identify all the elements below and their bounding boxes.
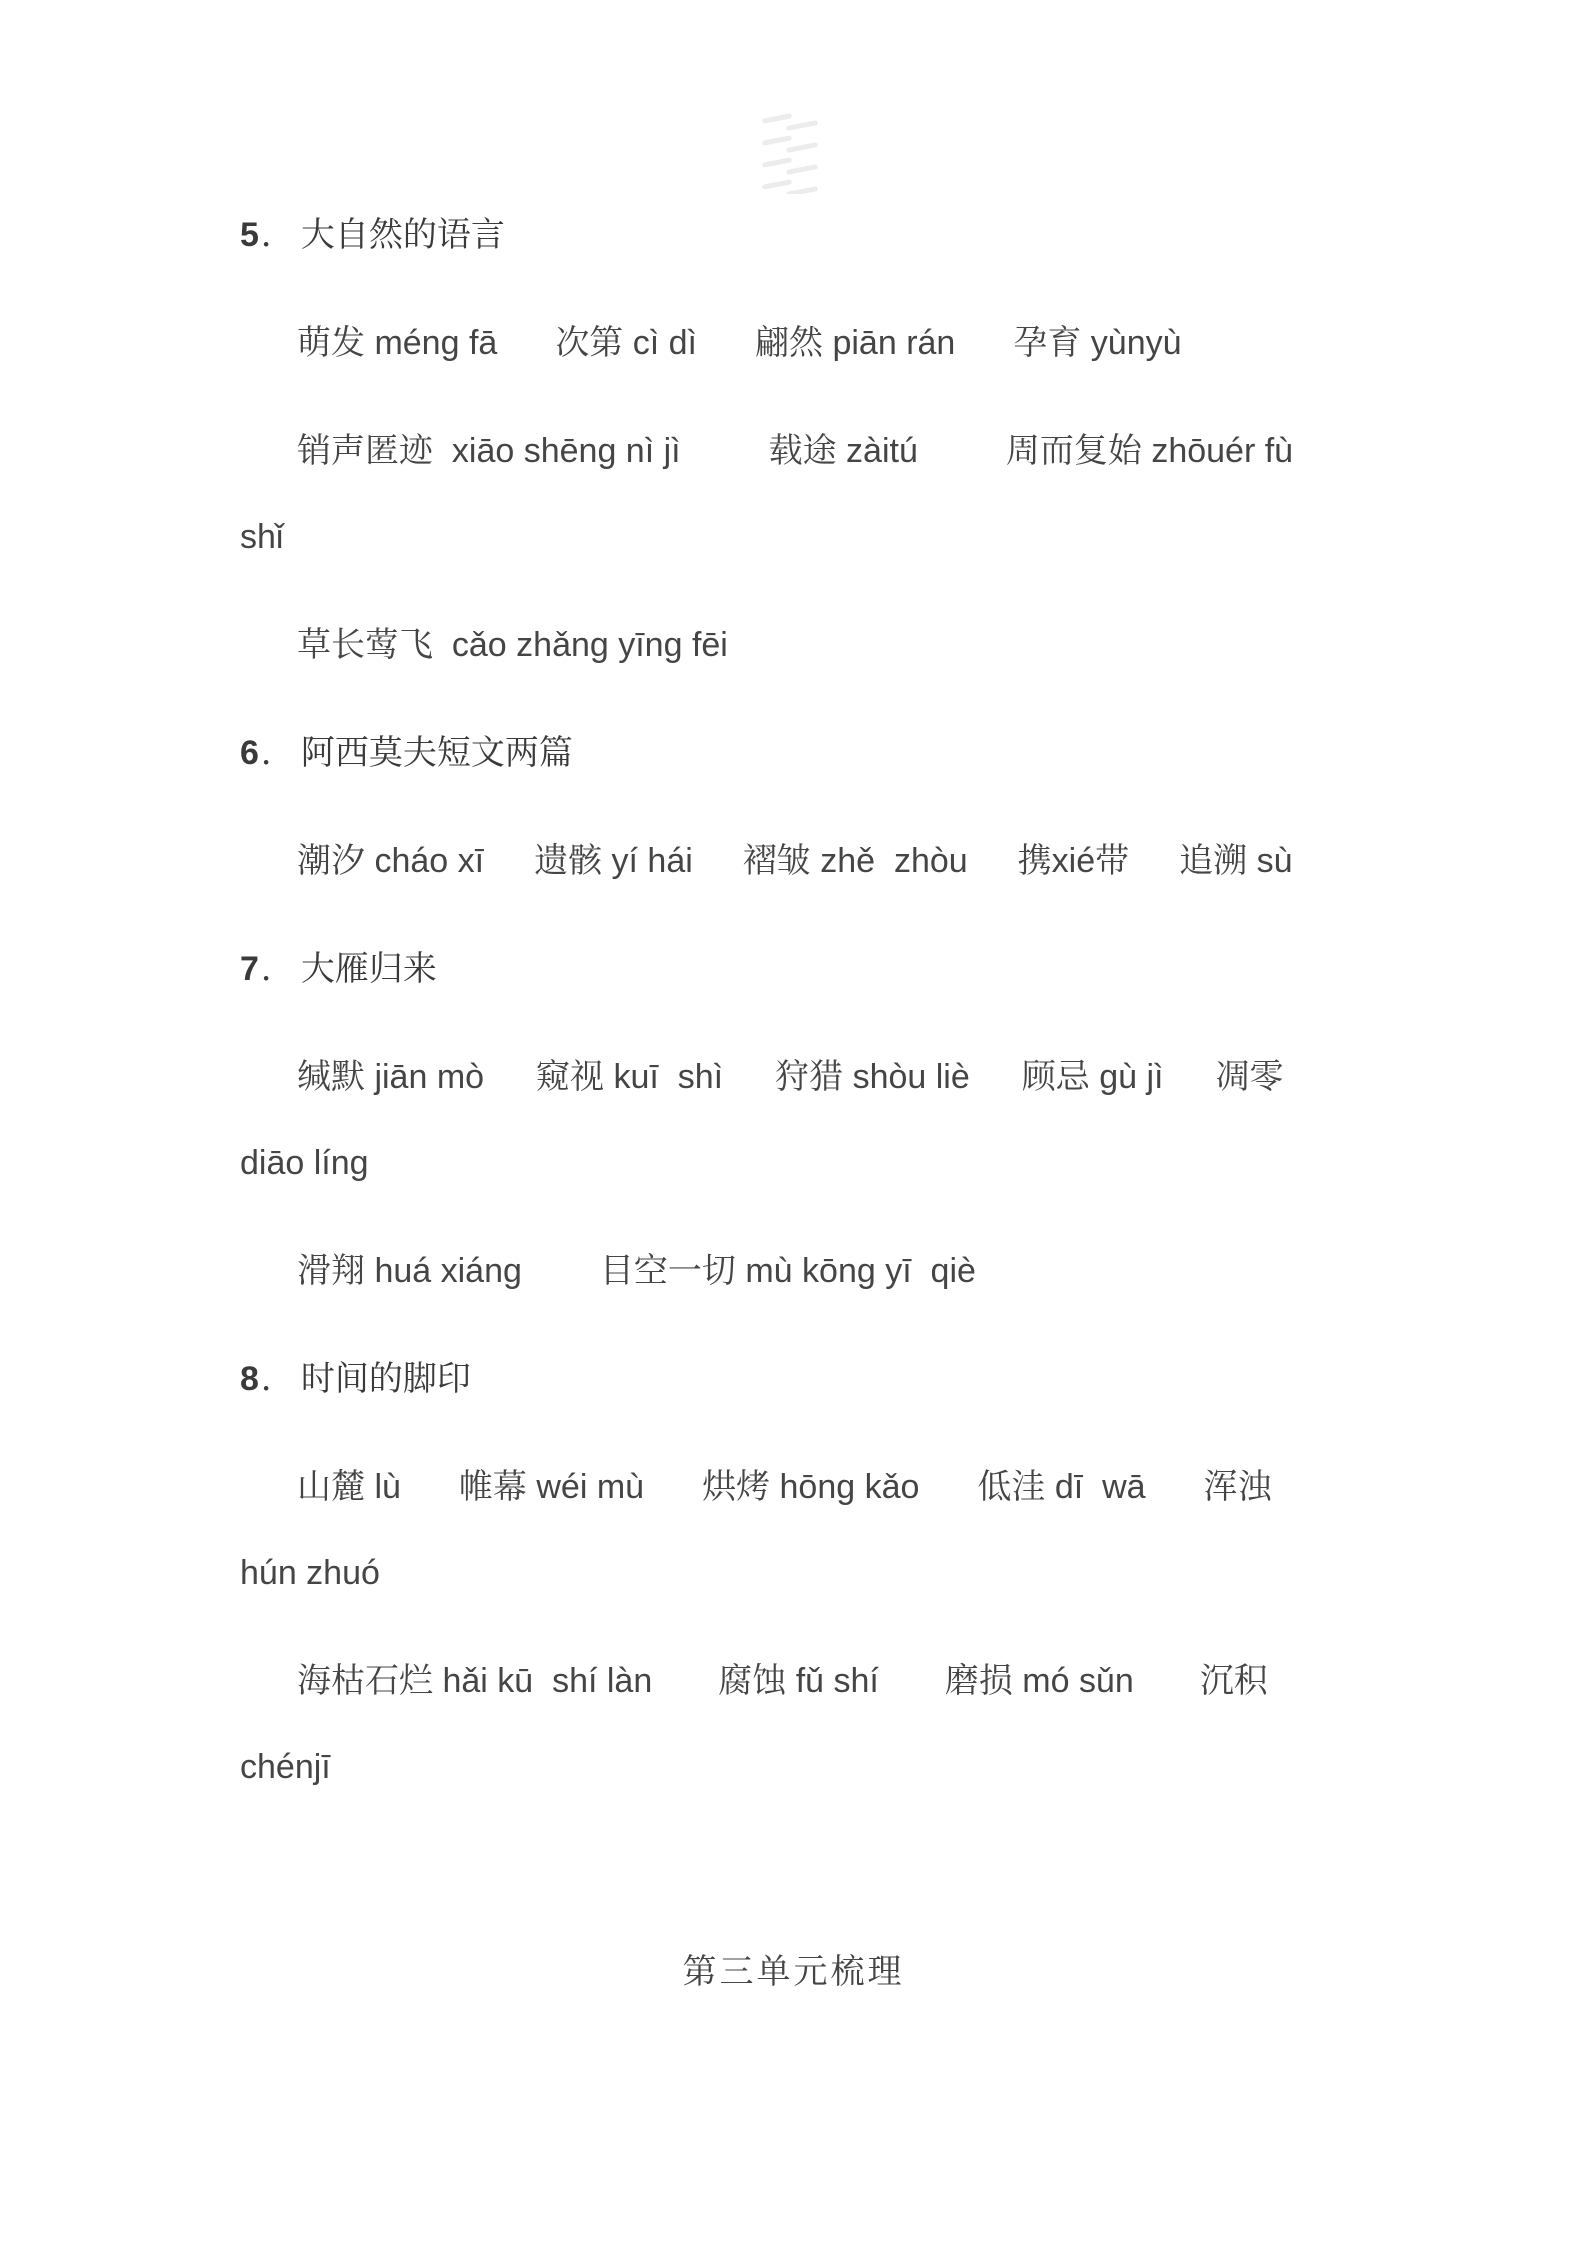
lesson-number: 5 xyxy=(240,216,259,254)
vocab-term: 狩猎 shòu liè xyxy=(775,1058,970,1096)
vocab-term: 烘烤 hōng kǎo xyxy=(702,1468,919,1506)
vocab-term: 腐蚀 fǔ shí xyxy=(718,1662,879,1700)
lesson-number: 8 xyxy=(240,1360,259,1398)
vocab-term: 携xié带 xyxy=(1018,842,1129,880)
vocab-line: shǐ xyxy=(240,494,1345,580)
vocab-term: 低洼 dī wā xyxy=(977,1468,1145,1506)
lesson-title: 阿西莫夫短文两篇 xyxy=(301,734,573,772)
vocab-term: 沉积 xyxy=(1200,1662,1268,1700)
vocab-term: 浑浊 xyxy=(1204,1468,1272,1506)
vocab-term: 凋零 xyxy=(1215,1058,1283,1096)
lesson-title: 时间的脚印 xyxy=(301,1360,471,1398)
lesson-title: 大自然的语言 xyxy=(301,216,505,254)
lesson-heading: 5．大自然的语言 xyxy=(240,192,1345,278)
vocab-term: 草长莺飞 cǎo zhǎng yīng fēi xyxy=(297,626,728,664)
vocab-line: 海枯石烂 hǎi kū shí làn腐蚀 fǔ shí磨损 mó sǔn沉积 xyxy=(240,1638,1345,1724)
vocab-line: 潮汐 cháo xī遗骸 yí hái褶皱 zhě zhòu携xié带追溯 sù xyxy=(240,818,1345,904)
unit-heading: 第三单元梳理 xyxy=(0,1929,1587,2015)
vocab-term: 追溯 sù xyxy=(1179,842,1292,880)
vocab-line: 滑翔 huá xiáng目空一切 mù kōng yī qiè xyxy=(240,1228,1345,1314)
vocab-term: diāo líng xyxy=(240,1144,369,1182)
lesson-title: 大雁归来 xyxy=(301,950,437,988)
vocab-term: 褶皱 zhě zhòu xyxy=(743,842,968,880)
lesson-number: 7 xyxy=(240,950,259,988)
heading-separator: ． xyxy=(259,1360,301,1398)
lesson-heading: 7．大雁归来 xyxy=(240,926,1345,1012)
lesson-number: 6 xyxy=(240,734,259,772)
vocab-term: 滑翔 huá xiáng xyxy=(297,1252,522,1290)
vocab-line: hún zhuó xyxy=(240,1530,1345,1616)
vocab-term: 目空一切 mù kōng yī qiè xyxy=(600,1252,976,1290)
vocab-term: hún zhuó xyxy=(240,1554,380,1592)
vocab-term: 海枯石烂 hǎi kū shí làn xyxy=(297,1662,652,1700)
vocab-term: chénjī xyxy=(240,1748,331,1786)
lesson-heading: 6．阿西莫夫短文两篇 xyxy=(240,710,1345,796)
vocab-term: 潮汐 cháo xī xyxy=(297,842,484,880)
vocab-term: shǐ xyxy=(240,518,283,556)
heading-separator: ． xyxy=(259,734,301,772)
vocab-line: diāo líng xyxy=(240,1120,1345,1206)
vocab-term: 周而复始 zhōuér fù xyxy=(1006,432,1293,470)
vocab-term: 山麓 lù xyxy=(297,1468,401,1506)
vocab-term: 次第 cì dì xyxy=(555,324,697,362)
vocab-term: 缄默 jiān mò xyxy=(297,1058,484,1096)
vocab-term: 帷幕 wéi mù xyxy=(459,1468,644,1506)
vocab-line: 萌发 méng fā次第 cì dì翩然 piān rán孕育 yùnyù xyxy=(240,300,1345,386)
vocab-term: 遗骸 yí hái xyxy=(534,842,693,880)
vocab-line: 销声匿迹 xiāo shēng nì jì载途 zàitú周而复始 zhōuér… xyxy=(240,408,1345,494)
vocab-line: 草长莺飞 cǎo zhǎng yīng fēi xyxy=(240,602,1345,688)
vocab-term: 窥视 kuī shì xyxy=(536,1058,723,1096)
vocab-term: 顾忌 gù jì xyxy=(1022,1058,1164,1096)
vocab-line: chénjī xyxy=(240,1724,1345,1810)
vocab-term: 磨损 mó sǔn xyxy=(945,1662,1134,1700)
document-content: 5．大自然的语言萌发 méng fā次第 cì dì翩然 piān rán孕育 … xyxy=(240,192,1345,1810)
lesson-heading: 8．时间的脚印 xyxy=(240,1336,1345,1422)
vocab-term: 销声匿迹 xiāo shēng nì jì xyxy=(297,432,681,470)
heading-separator: ． xyxy=(259,950,301,988)
vocab-line: 山麓 lù帷幕 wéi mù烘烤 hōng kǎo低洼 dī wā浑浊 xyxy=(240,1444,1345,1530)
vocab-term: 萌发 méng fā xyxy=(297,324,497,362)
vocab-term: 翩然 piān rán xyxy=(755,324,955,362)
watermark-icon xyxy=(760,110,822,194)
vocab-line: 缄默 jiān mò窥视 kuī shì狩猎 shòu liè顾忌 gù jì凋… xyxy=(240,1034,1345,1120)
document-page: 5．大自然的语言萌发 méng fā次第 cì dì翩然 piān rán孕育 … xyxy=(0,0,1587,2245)
vocab-term: 载途 zàitú xyxy=(769,432,918,470)
vocab-term: 孕育 yùnyù xyxy=(1013,324,1181,362)
heading-separator: ． xyxy=(259,216,301,254)
